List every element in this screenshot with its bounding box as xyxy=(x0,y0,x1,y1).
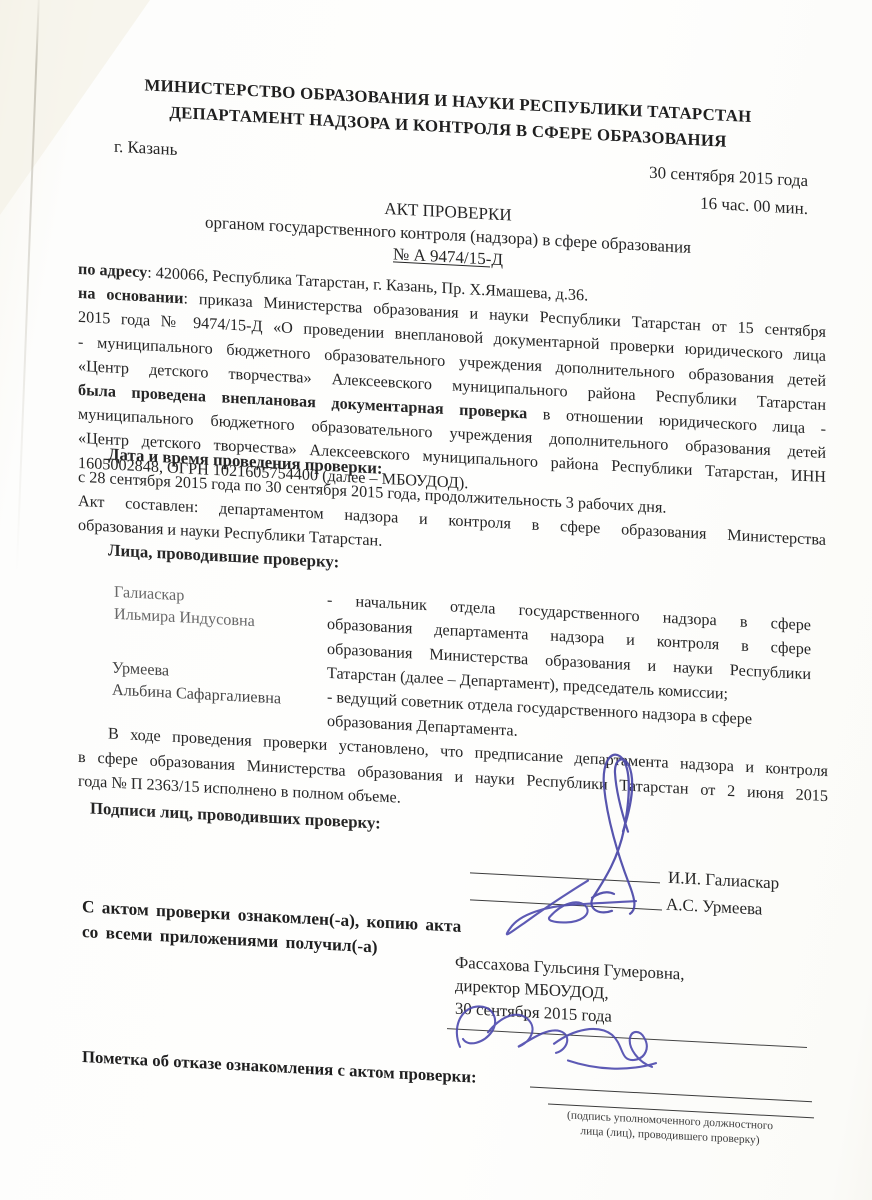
basis-label: на основании xyxy=(78,284,183,308)
address-label: по адресу xyxy=(78,260,147,282)
city-label: г. Казань xyxy=(114,135,177,162)
org-header: МИНИСТЕРСТВО ОБРАЗОВАНИЯ И НАУКИ РЕСПУБЛ… xyxy=(62,68,834,160)
signature-ink-urmeeva xyxy=(490,867,640,960)
refusal-rule-1 xyxy=(530,1087,812,1103)
refusal-label: Пометка об отказе ознакомления с актом п… xyxy=(82,1045,477,1090)
inspector-2-name: Урмеева Альбина Сафаргалиевна xyxy=(112,657,281,710)
inspector-roles: - начальник отдела государственного надз… xyxy=(327,588,811,759)
signature-name-2: А.С. Урмеева xyxy=(666,893,762,922)
signature-name-1: И.И. Галиаскар xyxy=(668,866,779,896)
acknowledgment-block: С актом проверки ознакомлен(-а), копию а… xyxy=(82,894,461,964)
signature-caption: (подпись уполномоченного должностного ли… xyxy=(520,1106,820,1152)
inspector-1-name: Галиаскар Ильмира Индусовна xyxy=(114,581,255,632)
act-document: МИНИСТЕРСТВО ОБРАЗОВАНИЯ И НАУКИ РЕСПУБЛ… xyxy=(62,0,834,1195)
signature-ink-fassakhova xyxy=(448,996,663,1082)
